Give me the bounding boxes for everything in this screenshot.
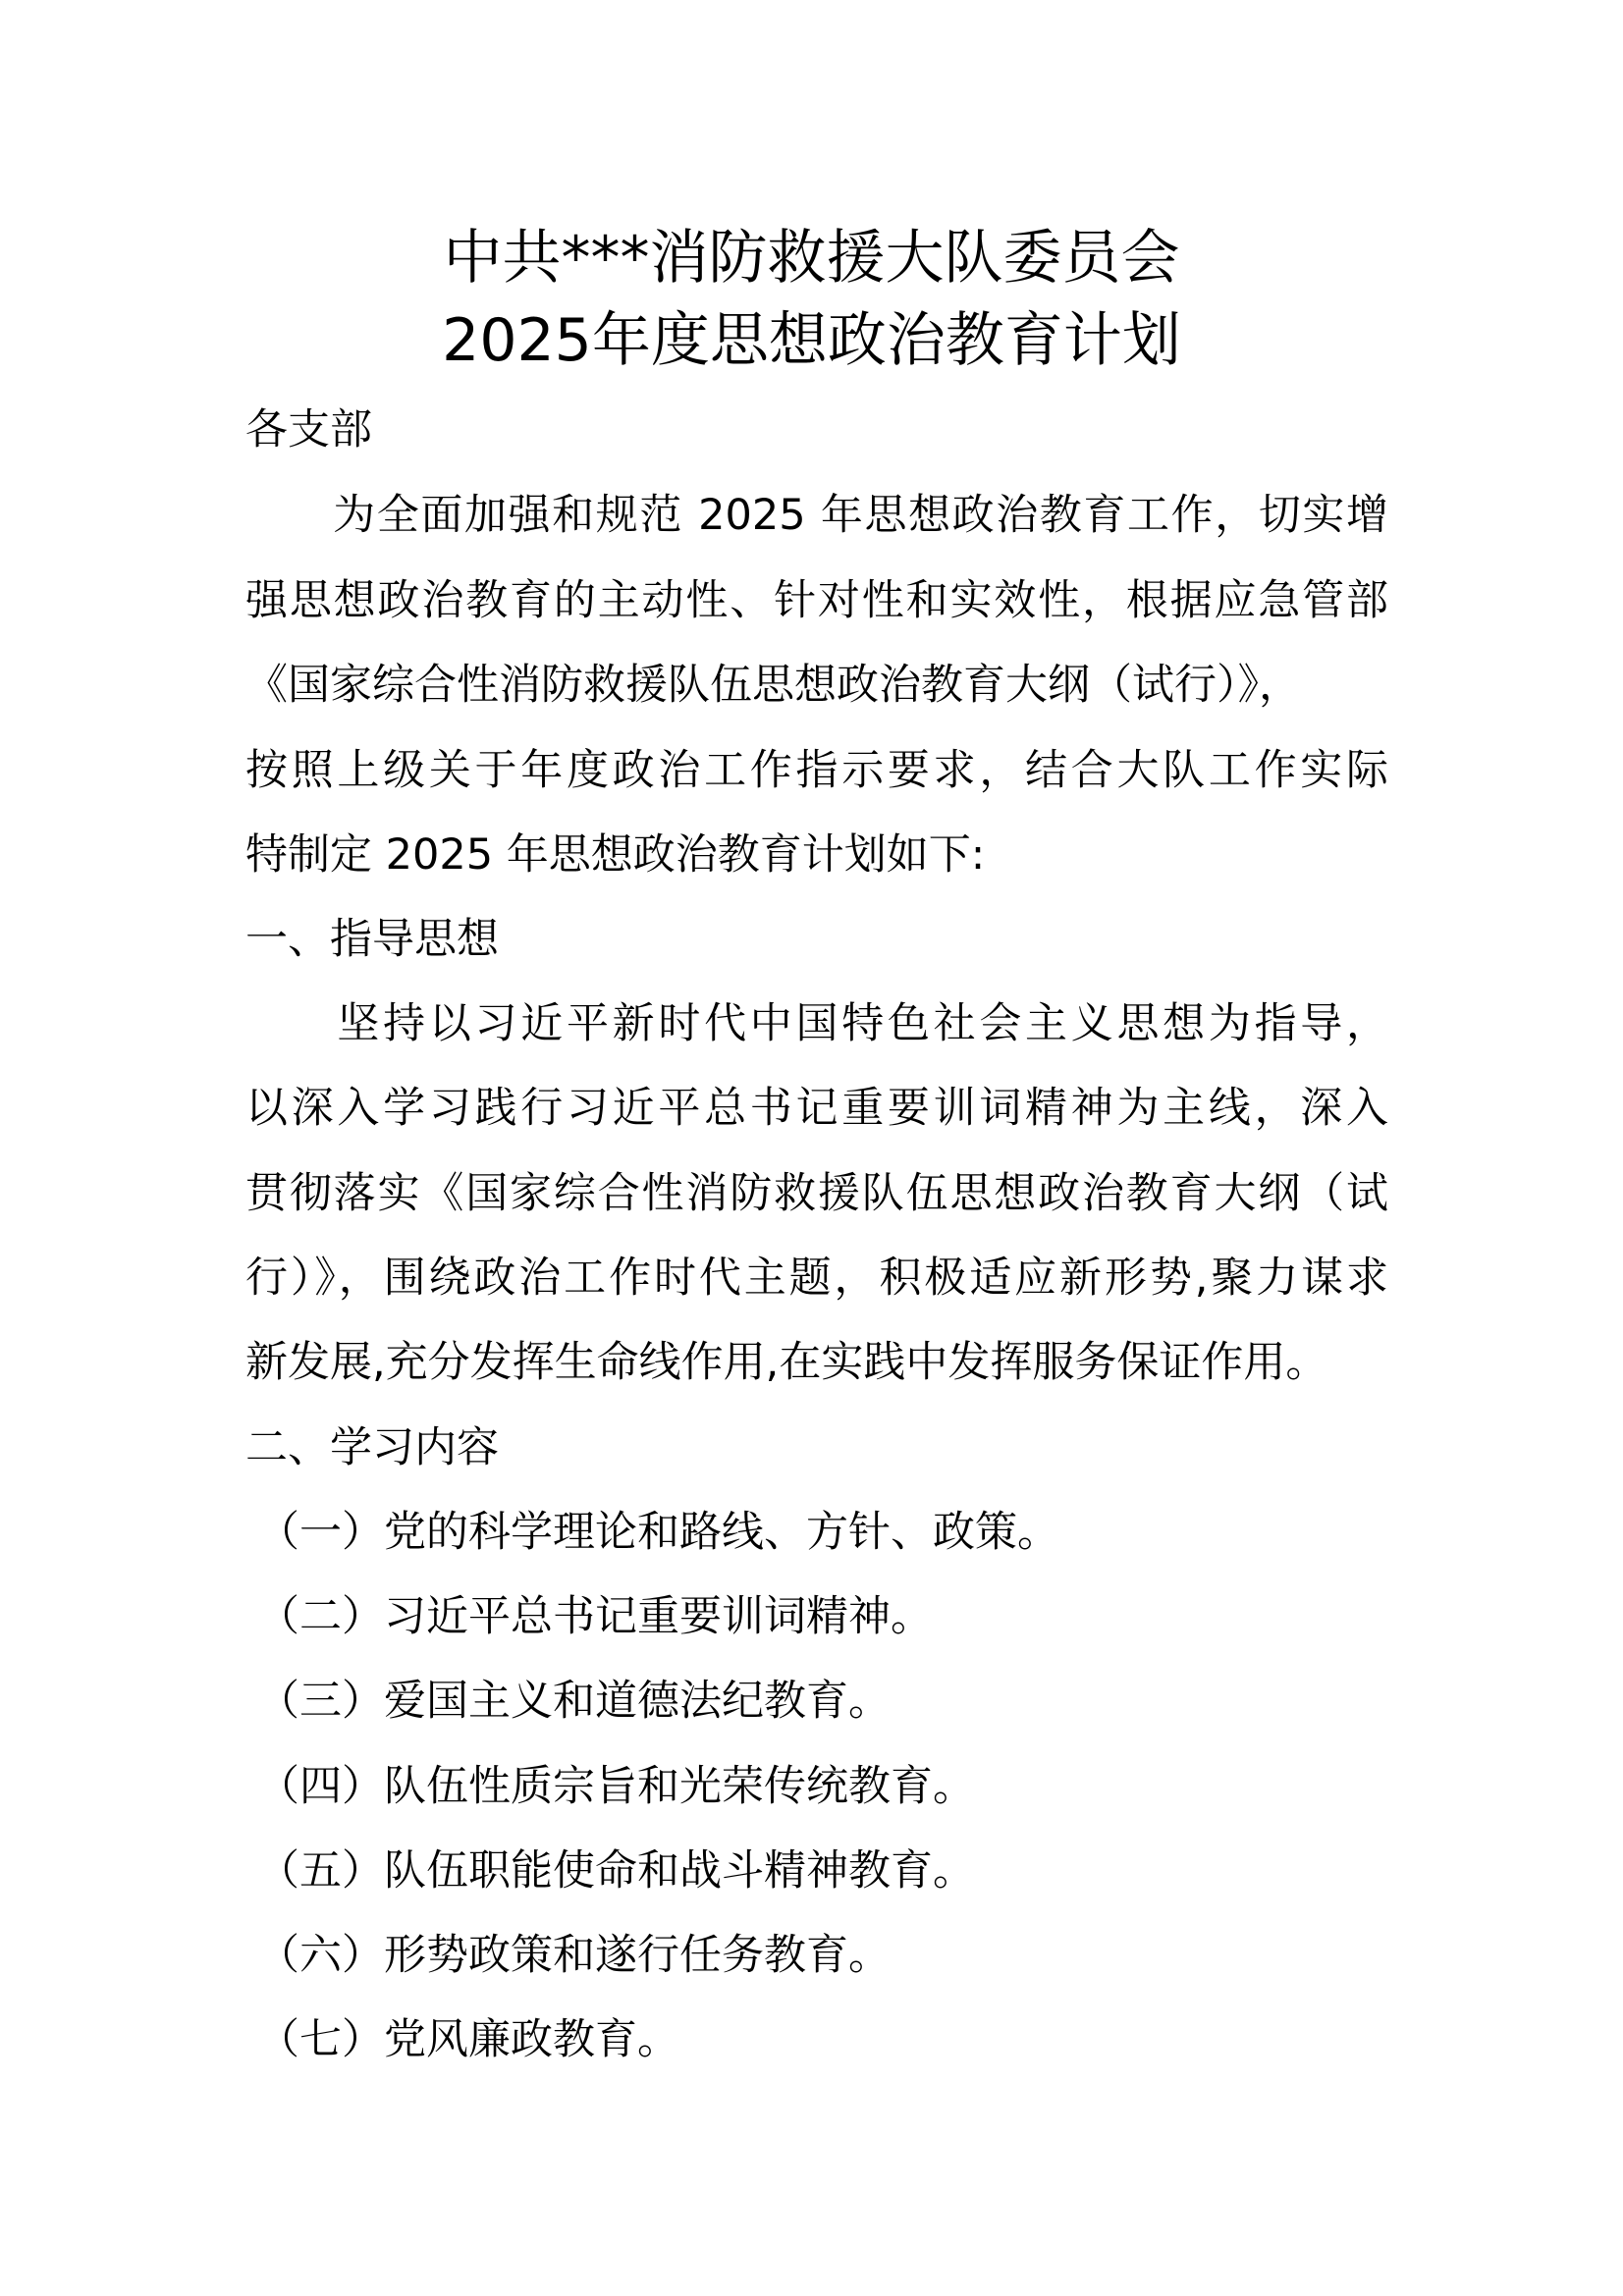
document-page: 中共***消防救援大队委员会 2025年度思想政治教育计划 各支部 为全面加强和…: [0, 0, 1623, 2296]
list-item: （五）队伍职能使命和战斗精神教育。: [257, 1846, 975, 1896]
document-title-line-1: 中共***消防救援大队委员会: [0, 224, 1623, 293]
intro-line-1: 为全面加强和规范 2025 年思想政治教育工作，切实增: [245, 491, 1388, 540]
intro-line-4: 按照上级关于年度政治工作指示要求，结合大队工作实际: [245, 746, 1388, 795]
list-item: （二）习近平总书记重要训词精神。: [257, 1592, 933, 1641]
list-item: （六）形势政策和遂行任务教育。: [257, 1931, 891, 1980]
section-1-line-2: 以深入学习践行习近平总书记重要训词精神为主线，深入: [245, 1084, 1388, 1133]
intro-line-3: 《国家综合性消防救援队伍思想政治教育大纲（试行）》，: [245, 661, 1301, 710]
list-item: （四）队伍性质宗旨和光荣传统教育。: [257, 1762, 975, 1811]
section-1-line-3: 贯彻落实《国家综合性消防救援队伍思想政治教育大纲（试: [245, 1169, 1388, 1218]
section-1-heading: 一、指导思想: [245, 915, 499, 964]
salutation: 各支部: [245, 405, 372, 454]
section-2-heading: 二、学习内容: [245, 1423, 499, 1472]
document-title-line-2: 2025年度思想政治教育计划: [0, 306, 1623, 375]
section-1-line-5: 新发展,充分发挥生命线作用,在实践中发挥服务保证作用。: [245, 1338, 1327, 1387]
intro-line-2: 强思想政治教育的主动性、针对性和实效性，根据应急管部: [245, 576, 1388, 625]
list-item: （一）党的科学理论和路线、方针、政策。: [257, 1508, 1059, 1557]
intro-line-5: 特制定 2025 年思想政治教育计划如下:: [245, 830, 985, 880]
list-item: （七）党风廉政教育。: [257, 2015, 679, 2064]
section-1-line-4: 行）》，围绕政治工作时代主题，积极适应新形势,聚力谋求: [245, 1254, 1388, 1303]
section-1-line-1: 坚持以习近平新时代中国特色社会主义思想为指导，: [245, 999, 1388, 1048]
list-item: （三）爱国主义和道德法纪教育。: [257, 1677, 891, 1726]
